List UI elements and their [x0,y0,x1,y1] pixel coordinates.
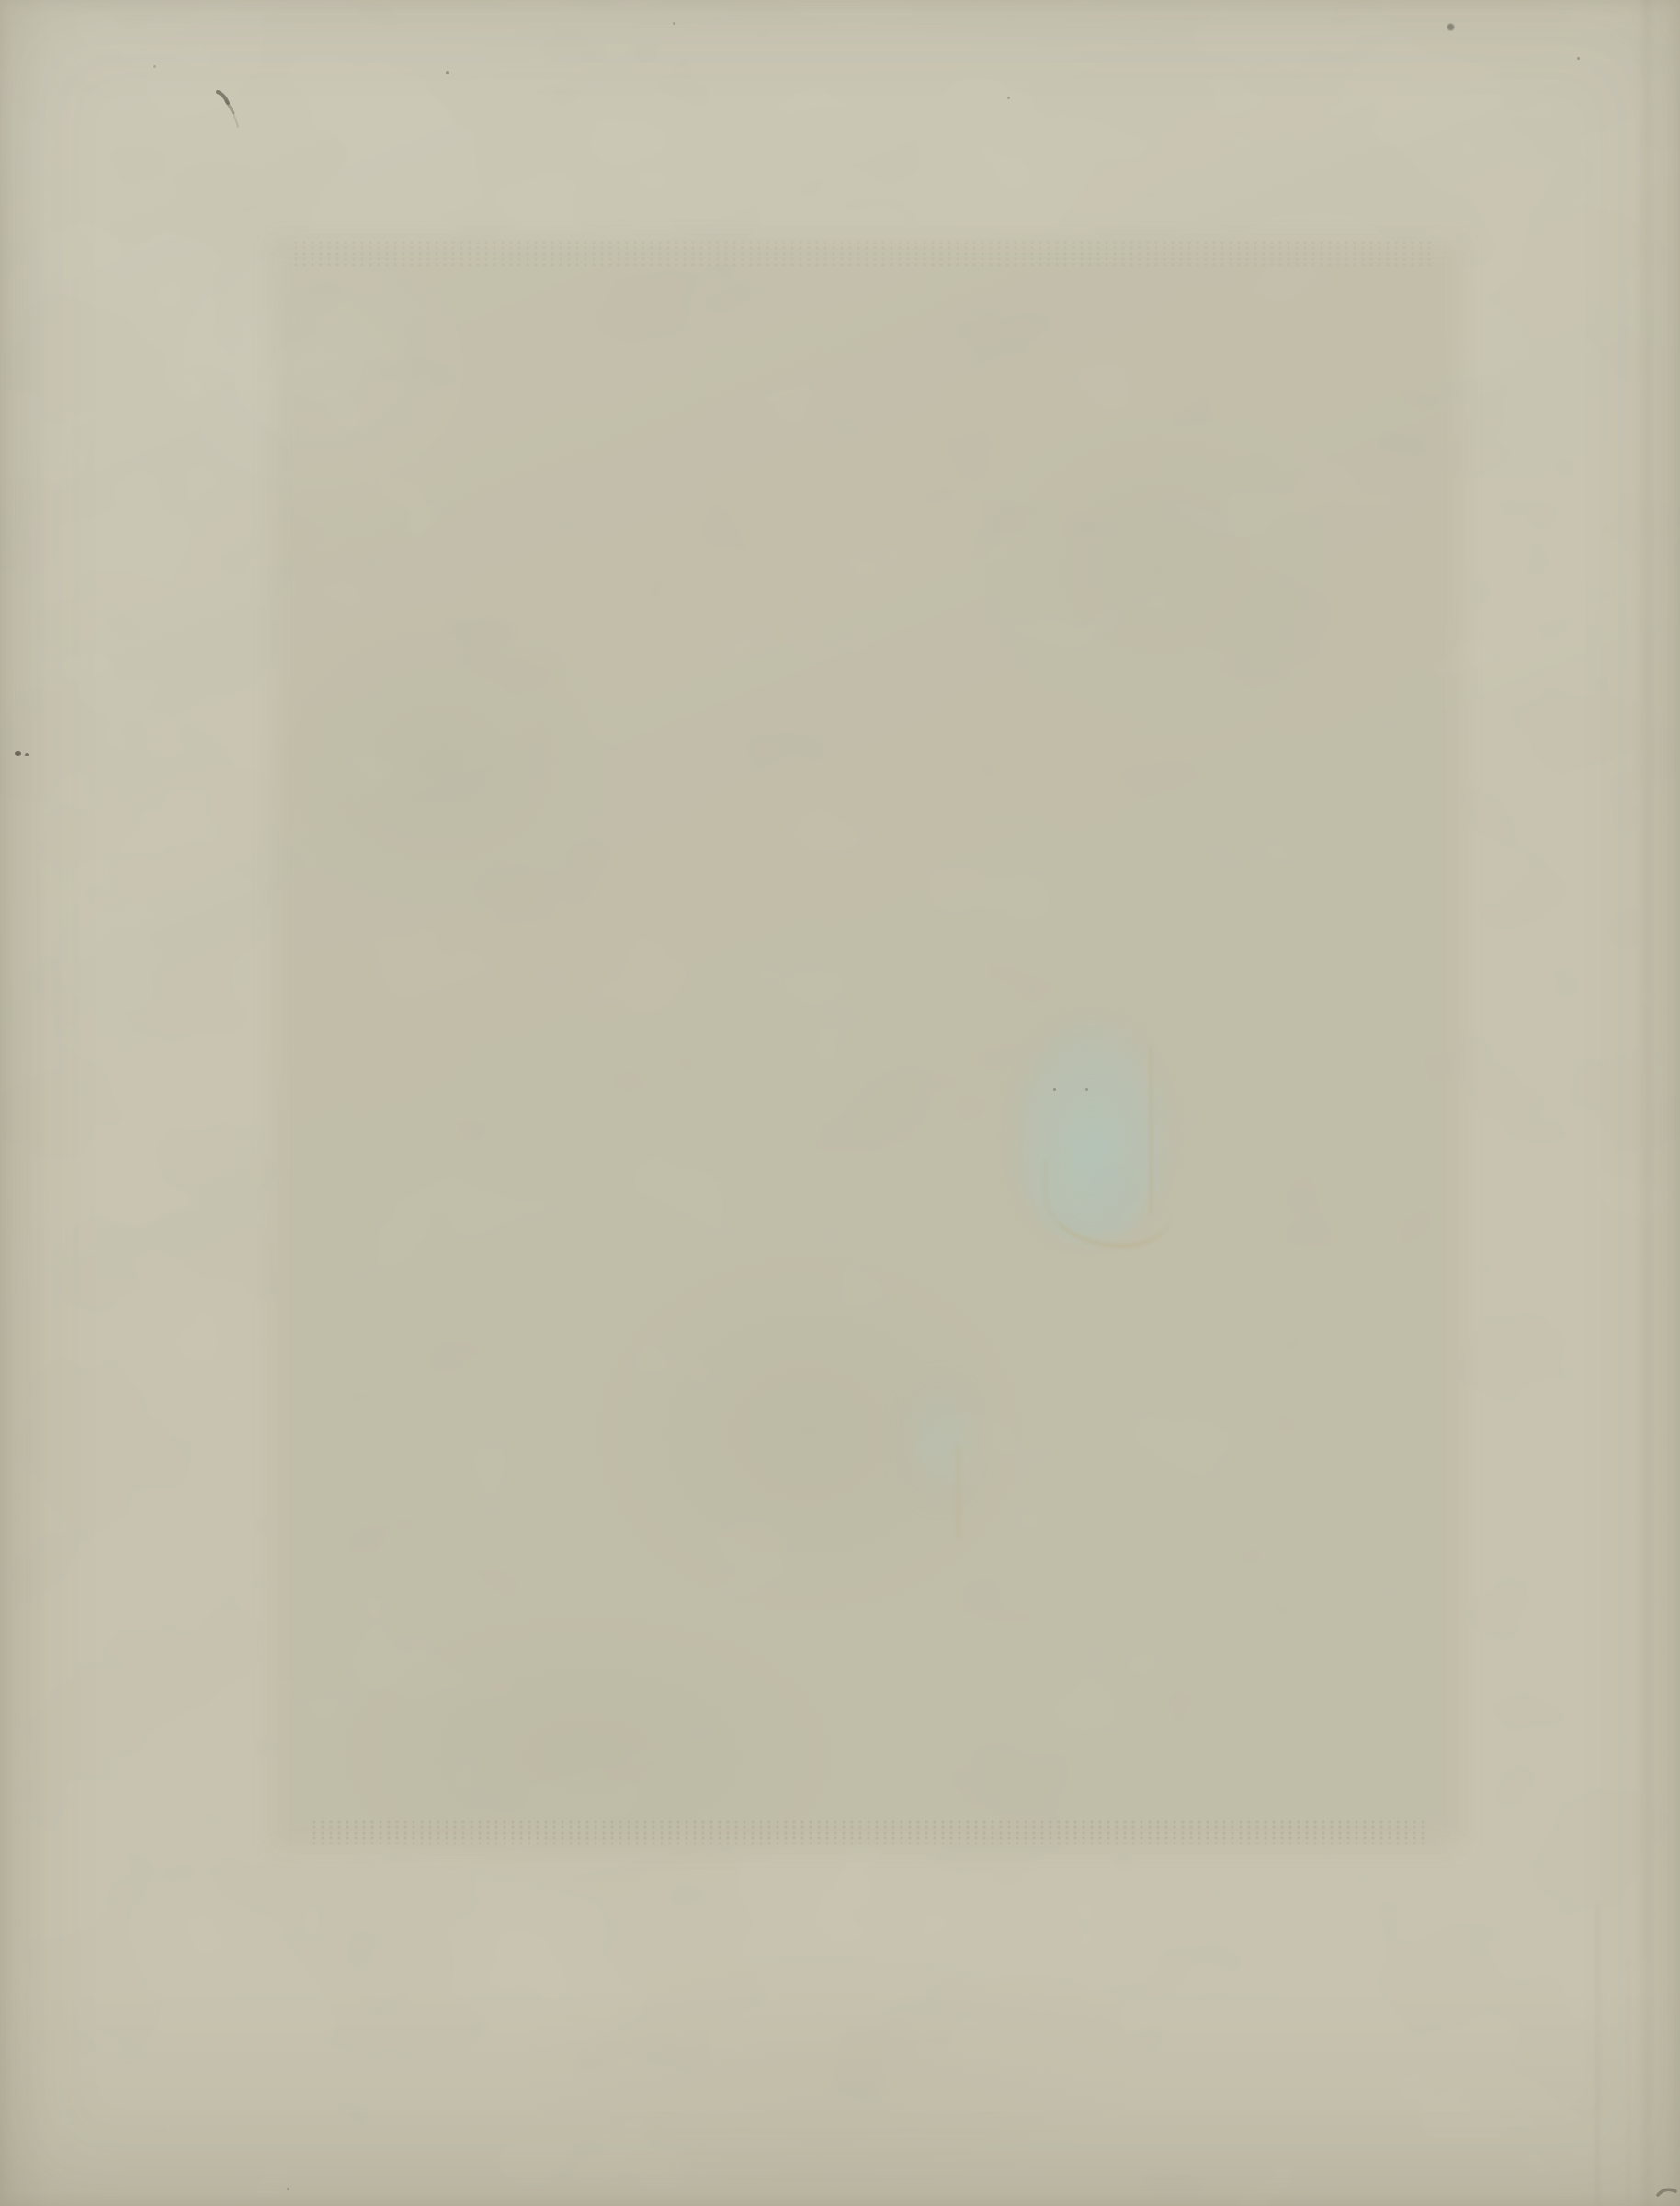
scan-vignette [0,0,1680,2206]
scanned-page: { "page": { "description": "Blank aged v… [0,0,1680,2206]
